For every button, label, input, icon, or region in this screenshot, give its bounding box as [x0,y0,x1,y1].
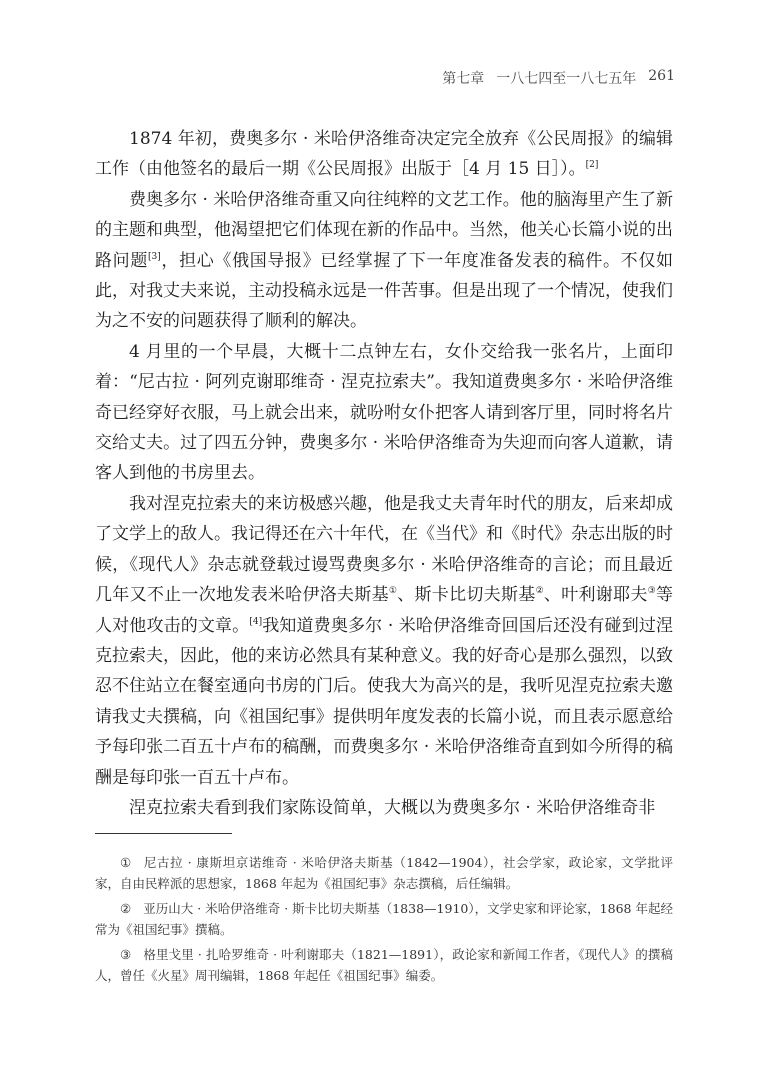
footnote-ref-1: ① [389,586,397,596]
footnote-1: ①尼古拉 · 康斯坦京诺维奇 · 米哈伊洛夫斯基（1842—1904），社会学家… [95,852,673,894]
footnote-ref-3: ③ [648,586,656,596]
paragraph-3: 4 月里的一个早晨，大概十二点钟左右，女仆交给我一张名片，上面印着：“尼古拉 ·… [95,337,673,489]
footnotes: ①尼古拉 · 康斯坦京诺维奇 · 米哈伊洛夫斯基（1842—1904），社会学家… [95,852,673,990]
page-number: 261 [648,68,675,88]
paragraph-4: 我对涅克拉索夫的来访极感兴趣，他是我丈夫青年时代的朋友，后来却成了文学上的敌人。… [95,489,673,793]
paragraph-2: 费奥多尔 · 米哈伊洛维奇重又向往纯粹的文艺工作。他的脑海里产生了新的主题和典型… [95,185,673,337]
paragraph-1: 1874 年初，费奥多尔 · 米哈伊洛维奇决定完全放弃《公民周报》的编辑工作（由… [95,124,673,185]
running-header: 第七章 一八七四至一八七五年 261 [460,68,675,88]
chapter-label: 第七章 [442,68,484,88]
paragraph-5: 涅克拉索夫看到我们家陈设简单，大概以为费奥多尔 · 米哈伊洛维奇非 [95,793,673,823]
footnote-2: ②亚历山大 · 米哈伊洛维奇 · 斯卡比切夫斯基（1838—1910），文学史家… [95,898,673,940]
endnote-ref-2: [2] [586,160,599,170]
endnote-ref-3: [3] [148,252,161,262]
footnote-ref-2: ② [536,586,544,596]
footnote-3: ③格里戈里 · 扎哈罗维奇 · 叶利谢耶夫（1821—1891），政论家和新闻工… [95,944,673,986]
footnote-divider [95,833,232,834]
main-text: 1874 年初，费奥多尔 · 米哈伊洛维奇决定完全放弃《公民周报》的编辑工作（由… [95,124,673,823]
chapter-title: 一八七四至一八七五年 [496,68,636,88]
endnote-ref-4: [4] [249,617,262,627]
